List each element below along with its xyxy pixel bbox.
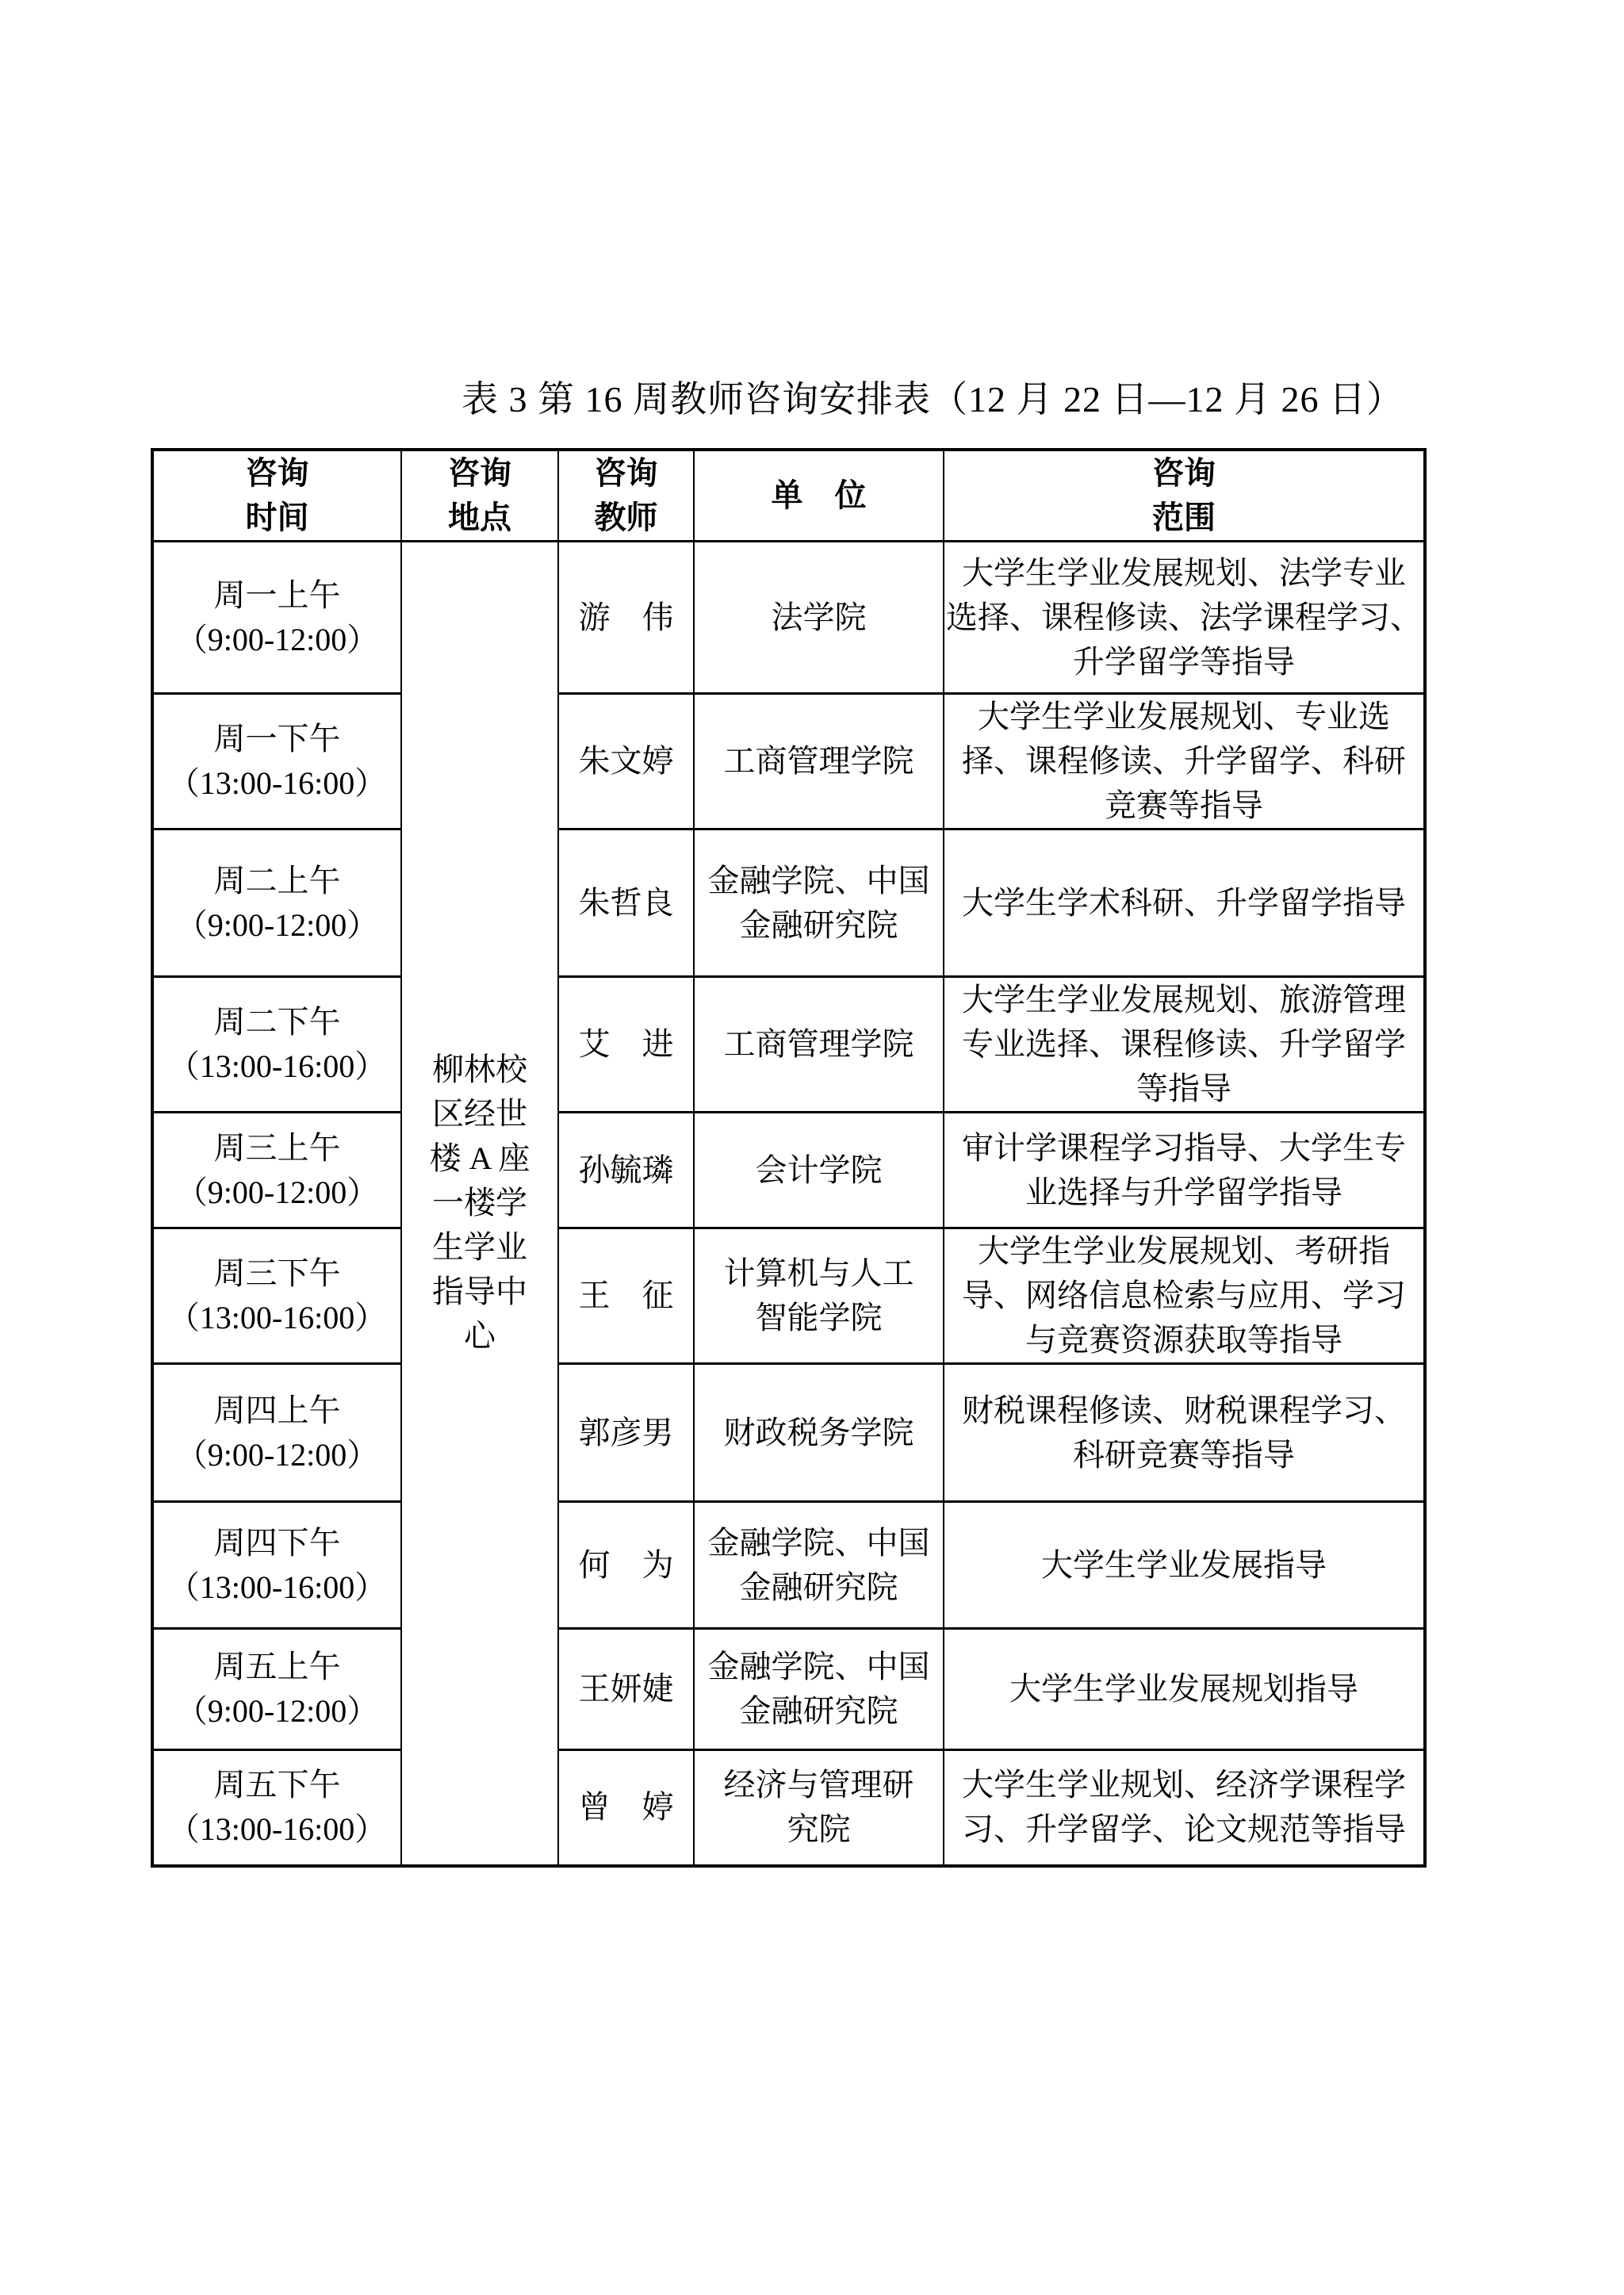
cell-time: 周四下午 （13:00-16:00） [152,1502,401,1629]
cell-scope: 大学生学业发展规划、法学专业 选择、课程修读、法学课程学习、 升学留学等指导 [944,542,1425,694]
cell-time: 周二下午 （13:00-16:00） [152,977,401,1113]
cell-teacher: 朱哲良 [558,829,694,977]
table-row: 周五上午 （9:00-12:00） 王妍婕 金融学院、中国 金融研究院 大学生学… [152,1629,1425,1750]
header-unit: 单 位 [694,450,944,542]
cell-teacher: 艾 进 [558,977,694,1113]
cell-time: 周三上午 （9:00-12:00） [152,1113,401,1228]
cell-teacher: 朱文婷 [558,694,694,829]
table-row: 周四下午 （13:00-16:00） 何 为 金融学院、中国 金融研究院 大学生… [152,1502,1425,1629]
cell-unit: 财政税务学院 [694,1364,944,1502]
table-row: 周四上午 （9:00-12:00） 郭彦男 财政税务学院 财税课程修读、财税课程… [152,1364,1425,1502]
cell-unit: 金融学院、中国 金融研究院 [694,1629,944,1750]
cell-unit: 金融学院、中国 金融研究院 [694,829,944,977]
cell-time: 周一上午 （9:00-12:00） [152,542,401,694]
cell-scope: 大学生学业发展规划、考研指 导、网络信息检索与应用、学习 与竞赛资源获取等指导 [944,1228,1425,1364]
consultation-schedule-table: 咨询 时间 咨询 地点 咨询 教师 单 位 咨询 范围 周一上午 （9:00-1… [151,448,1427,1868]
cell-unit: 会计学院 [694,1113,944,1228]
cell-location: 柳林校 区经世 楼 A 座 一楼学 生学业 指导中 心 [401,542,558,1866]
table-title: 表 3 第 16 周教师咨询安排表（12 月 22 日—12 月 26 日） [462,379,1404,420]
cell-teacher: 孙毓璘 [558,1113,694,1228]
cell-teacher: 曾 婷 [558,1750,694,1866]
cell-unit: 金融学院、中国 金融研究院 [694,1502,944,1629]
cell-scope: 大学生学业发展规划、专业选 择、课程修读、升学留学、科研 竞赛等指导 [944,694,1425,829]
header-scope: 咨询 范围 [944,450,1425,542]
cell-scope: 大学生学术科研、升学留学指导 [944,829,1425,977]
header-time: 咨询 时间 [152,450,401,542]
cell-unit: 工商管理学院 [694,977,944,1113]
cell-time: 周四上午 （9:00-12:00） [152,1364,401,1502]
cell-time: 周五下午 （13:00-16:00） [152,1750,401,1866]
cell-time: 周二上午 （9:00-12:00） [152,829,401,977]
cell-scope: 审计学课程学习指导、大学生专 业选择与升学留学指导 [944,1113,1425,1228]
cell-unit: 经济与管理研 究院 [694,1750,944,1866]
cell-unit: 工商管理学院 [694,694,944,829]
cell-scope: 大学生学业发展指导 [944,1502,1425,1629]
table-row: 周二上午 （9:00-12:00） 朱哲良 金融学院、中国 金融研究院 大学生学… [152,829,1425,977]
cell-unit: 计算机与人工 智能学院 [694,1228,944,1364]
header-location: 咨询 地点 [401,450,558,542]
table-row: 周五下午 （13:00-16:00） 曾 婷 经济与管理研 究院 大学生学业规划… [152,1750,1425,1866]
cell-teacher: 王妍婕 [558,1629,694,1750]
cell-teacher: 何 为 [558,1502,694,1629]
document-page: 表 3 第 16 周教师咨询安排表（12 月 22 日—12 月 26 日） 咨… [0,0,1624,2295]
cell-time: 周五上午 （9:00-12:00） [152,1629,401,1750]
cell-unit: 法学院 [694,542,944,694]
table-row: 周一下午 （13:00-16:00） 朱文婷 工商管理学院 大学生学业发展规划、… [152,694,1425,829]
table-row: 周三下午 （13:00-16:00） 王 征 计算机与人工 智能学院 大学生学业… [152,1228,1425,1364]
cell-teacher: 游 伟 [558,542,694,694]
cell-teacher: 王 征 [558,1228,694,1364]
cell-scope: 大学生学业发展规划、旅游管理 专业选择、课程修读、升学留学 等指导 [944,977,1425,1113]
header-row: 咨询 时间 咨询 地点 咨询 教师 单 位 咨询 范围 [152,450,1425,542]
table-row: 周二下午 （13:00-16:00） 艾 进 工商管理学院 大学生学业发展规划、… [152,977,1425,1113]
cell-scope: 大学生学业发展规划指导 [944,1629,1425,1750]
cell-time: 周一下午 （13:00-16:00） [152,694,401,829]
cell-scope: 大学生学业规划、经济学课程学 习、升学留学、论文规范等指导 [944,1750,1425,1866]
cell-teacher: 郭彦男 [558,1364,694,1502]
table-row: 周三上午 （9:00-12:00） 孙毓璘 会计学院 审计学课程学习指导、大学生… [152,1113,1425,1228]
header-teacher: 咨询 教师 [558,450,694,542]
cell-time: 周三下午 （13:00-16:00） [152,1228,401,1364]
table-row: 周一上午 （9:00-12:00） 柳林校 区经世 楼 A 座 一楼学 生学业 … [152,542,1425,694]
cell-scope: 财税课程修读、财税课程学习、 科研竞赛等指导 [944,1364,1425,1502]
